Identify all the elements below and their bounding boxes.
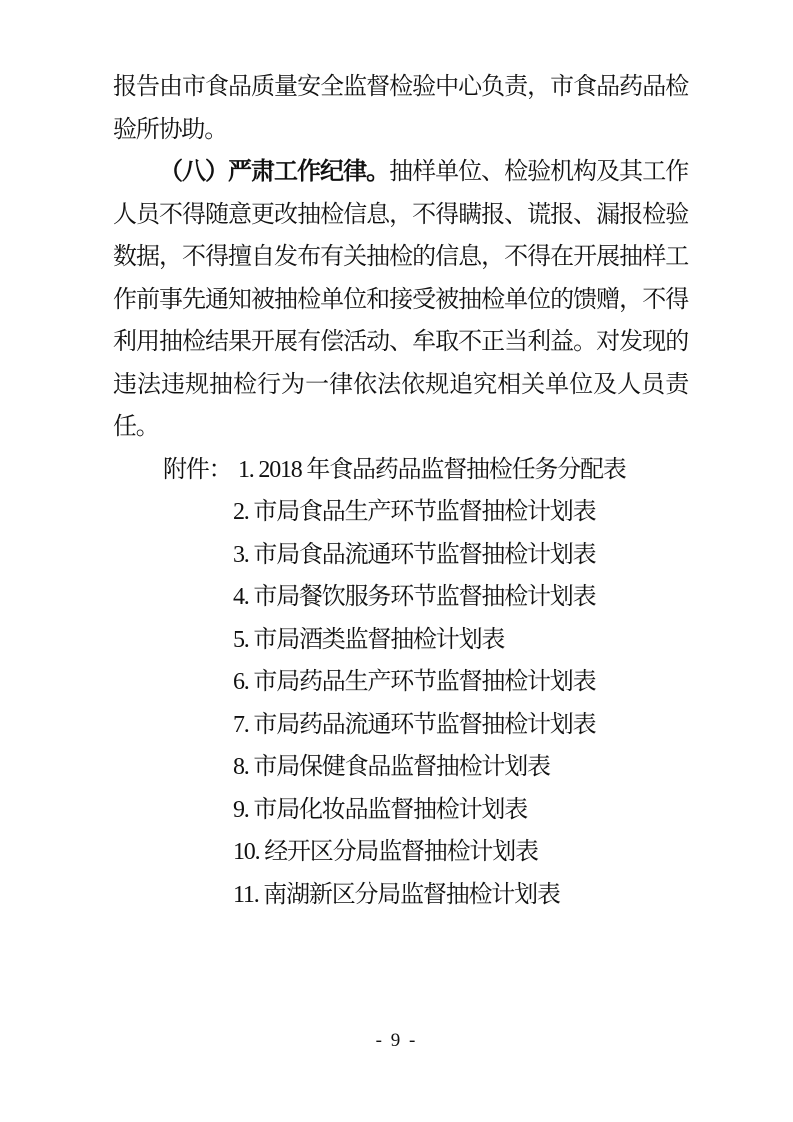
document-body: 报告由市食品质量安全监督检验中心负责，市食品药品检验所协助。 （八）严肃工作纪律… (113, 66, 688, 916)
attachment-row: 11. 南湖新区分局监督抽检计划表 (113, 874, 688, 917)
section-8-text: 抽样单位、检验机构及其工作人员不得随意更改抽检信息，不得瞒报、谎报、漏报检验数据… (113, 159, 688, 440)
attachment-row: 4. 市局餐饮服务环节监督抽检计划表 (113, 576, 688, 619)
attachment-row: 6. 市局药品生产环节监督抽检计划表 (113, 661, 688, 704)
attachment-item: 8. 市局保健食品监督抽检计划表 (233, 746, 550, 789)
attachment-item: 11. 南湖新区分局监督抽检计划表 (233, 874, 560, 917)
attachment-item: 3. 市局食品流通环节监督抽检计划表 (233, 534, 595, 577)
attachment-row: 2. 市局食品生产环节监督抽检计划表 (113, 491, 688, 534)
attachment-row: 9. 市局化妆品监督抽检计划表 (113, 789, 688, 832)
attachment-row: 8. 市局保健食品监督抽检计划表 (113, 746, 688, 789)
attachment-row: 10. 经开区分局监督抽检计划表 (113, 831, 688, 874)
attachment-item: 7. 市局药品流通环节监督抽检计划表 (233, 704, 595, 747)
document-page: 报告由市食品质量安全监督检验中心负责，市食品药品检验所协助。 （八）严肃工作纪律… (0, 0, 793, 1122)
attachment-row: 5. 市局酒类监督抽检计划表 (113, 619, 688, 662)
attachment-item: 9. 市局化妆品监督抽检计划表 (233, 789, 527, 832)
section-8-bold-lead: （八）严肃工作纪律。 (159, 159, 389, 185)
attachment-row: 3. 市局食品流通环节监督抽检计划表 (113, 534, 688, 577)
paragraph-section-8: （八）严肃工作纪律。抽样单位、检验机构及其工作人员不得随意更改抽检信息，不得瞒报… (113, 151, 688, 449)
page-number: - 9 - (0, 1030, 793, 1052)
attachment-item: 1. 2018 年食品药品监督抽检任务分配表 (238, 449, 626, 492)
attachment-row: 7. 市局药品流通环节监督抽检计划表 (113, 704, 688, 747)
paragraph-continuation: 报告由市食品质量安全监督检验中心负责，市食品药品检验所协助。 (113, 66, 688, 151)
attachments-label: 附件： (113, 449, 238, 492)
attachment-item: 6. 市局药品生产环节监督抽检计划表 (233, 661, 595, 704)
attachment-item: 2. 市局食品生产环节监督抽检计划表 (233, 491, 595, 534)
attachment-item: 5. 市局酒类监督抽检计划表 (233, 619, 504, 662)
attachment-item: 10. 经开区分局监督抽检计划表 (233, 831, 538, 874)
attachment-item: 4. 市局餐饮服务环节监督抽检计划表 (233, 576, 595, 619)
attachments-block: 附件： 1. 2018 年食品药品监督抽检任务分配表 2. 市局食品生产环节监督… (113, 449, 688, 917)
attachment-row: 附件： 1. 2018 年食品药品监督抽检任务分配表 (113, 449, 688, 492)
